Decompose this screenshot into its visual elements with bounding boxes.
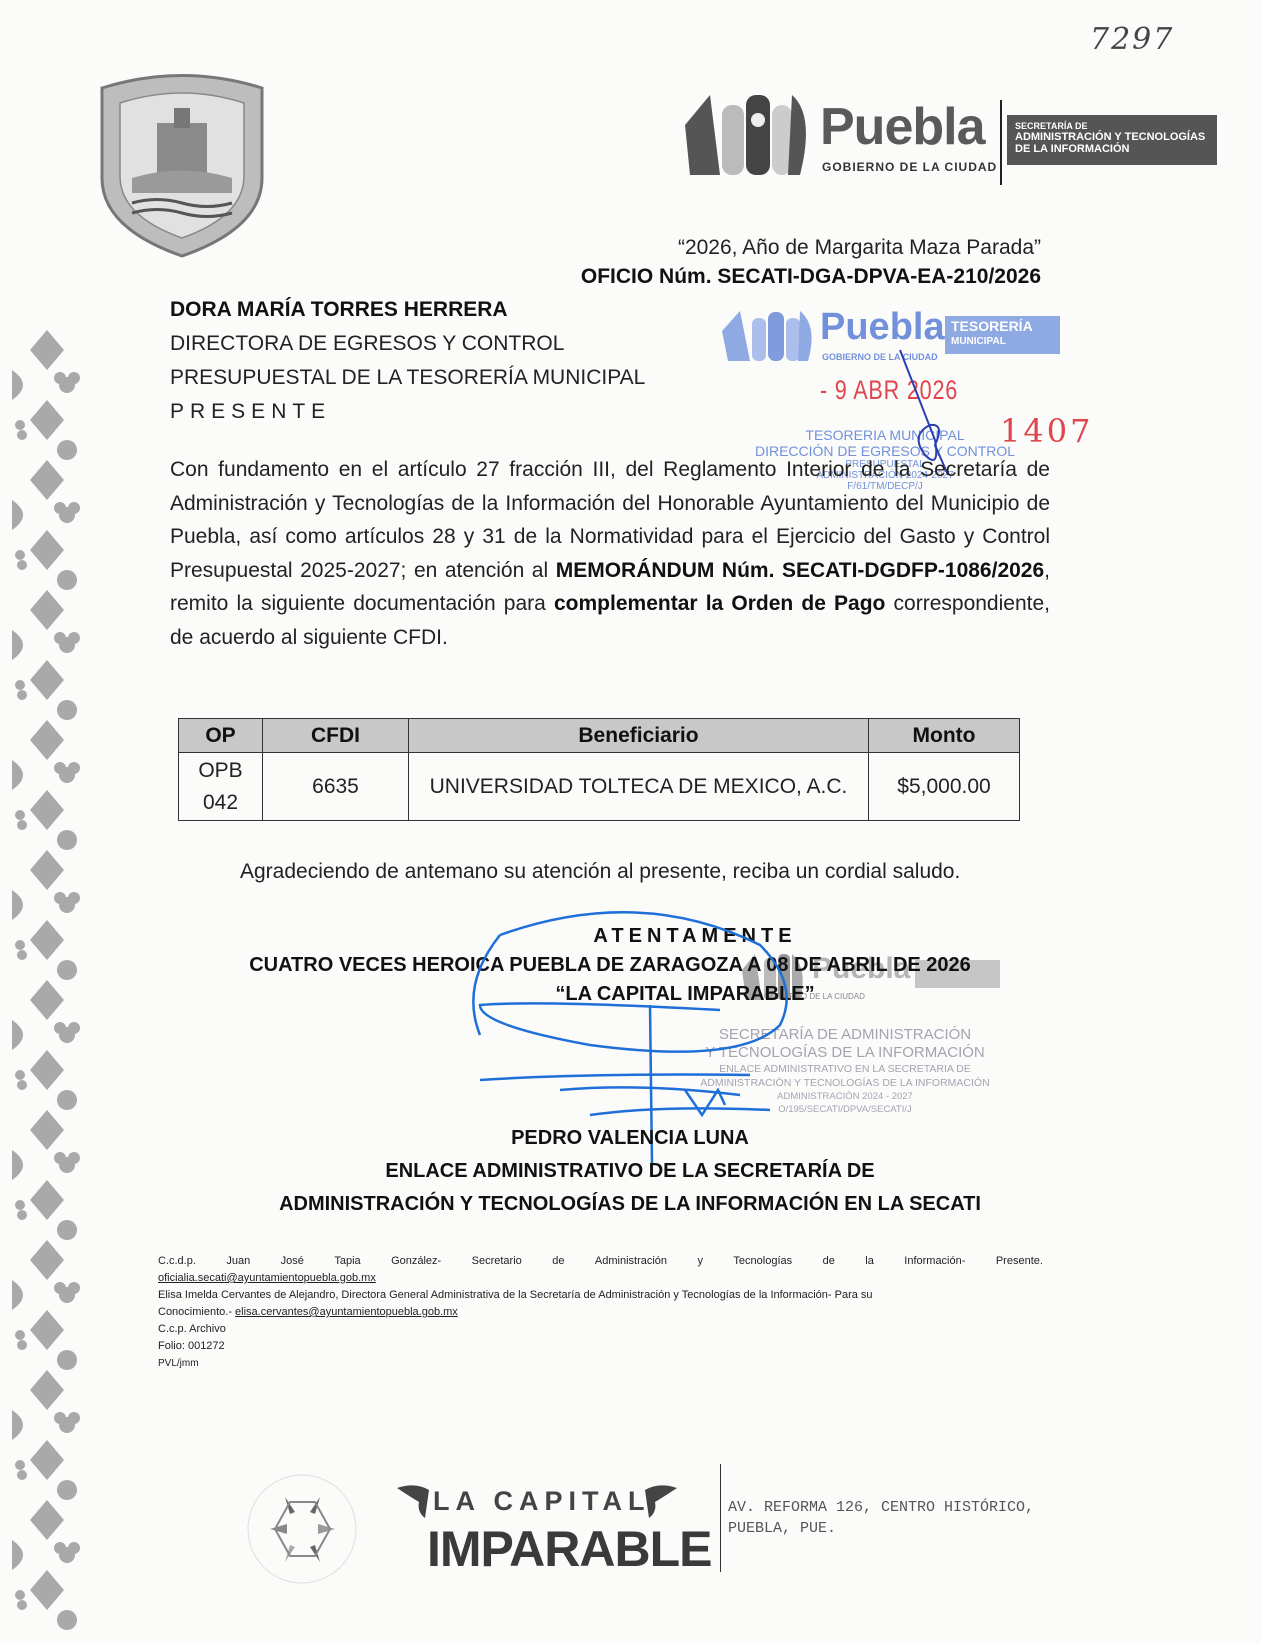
table-header-row: OP CFDI Beneficiario Monto bbox=[179, 719, 1020, 753]
cc-initials: PVL/jmm bbox=[158, 1355, 1043, 1372]
logo-divider bbox=[1000, 100, 1002, 185]
stamp-tesoreria-box: TESORERÍA MUNICIPAL bbox=[945, 316, 1060, 354]
body-emphasis: complementar la Orden de Pago bbox=[554, 592, 885, 615]
cc-line-1-word: Administración bbox=[595, 1253, 667, 1270]
stamp-line-1: TESORERIA MUNICIPAL bbox=[740, 427, 1030, 443]
sec-stamp-line-3: ENLACE ADMINISTRATIVO EN LA SECRETARIA D… bbox=[685, 1062, 1005, 1076]
body-paragraph: Con fundamento en el artículo 27 fracció… bbox=[170, 453, 1050, 654]
department-line-2: ADMINISTRACIÓN Y TECNOLOGÍAS bbox=[1015, 131, 1209, 143]
cc-line-1-word: Tecnologías bbox=[733, 1253, 792, 1270]
cc-line-1-word: de bbox=[552, 1253, 564, 1270]
decorative-border-pattern bbox=[12, 330, 82, 1640]
logo-wordmark: Puebla bbox=[820, 97, 985, 157]
cc-line-1-word: Presente. bbox=[996, 1253, 1043, 1270]
city-coat-of-arms-icon bbox=[92, 68, 272, 258]
equality-certification-seal-icon bbox=[245, 1472, 360, 1587]
year-motto: “2026, Año de Margarita Maza Parada” bbox=[678, 236, 1041, 260]
reception-folio-number: 1407 bbox=[1000, 412, 1093, 450]
right-wing-icon bbox=[643, 1482, 679, 1520]
la-capital-imparable-logo: LA CAPITAL IMPARABLE bbox=[395, 1480, 695, 1580]
signer-title-1: ENLACE ADMINISTRATIVO DE LA SECRETARÍA D… bbox=[150, 1155, 1110, 1188]
oficio-number: OFICIO Núm. SECATI-DGA-DPVA-EA-210/2026 bbox=[581, 265, 1041, 289]
recipient-name: DORA MARÍA TORRES HERRERA bbox=[170, 293, 645, 327]
secretaria-stamp-text: SECRETARÍA DE ADMINISTRACIÓN Y TECNOLOGÍ… bbox=[685, 1026, 1005, 1116]
office-address: AV. REFORMA 126, CENTRO HISTÓRICO, PUEBL… bbox=[728, 1497, 1034, 1539]
sec-stamp-line-6: O/195/SECATI/DPVA/SECATI/J bbox=[685, 1103, 1005, 1116]
recipient-title-2: PRESUPUESTAL DE LA TESORERÍA MUNICIPAL bbox=[170, 361, 645, 395]
footer-divider bbox=[720, 1464, 721, 1572]
cc-line-1-word: y bbox=[697, 1253, 703, 1270]
address-line-1: AV. REFORMA 126, CENTRO HISTÓRICO, bbox=[728, 1497, 1034, 1518]
presente-label: PRESENTE bbox=[170, 395, 645, 429]
cell-beneficiario: UNIVERSIDAD TOLTECA DE MEXICO, A.C. bbox=[409, 753, 869, 821]
cc-email-link-2[interactable]: elisa.cervantes@ayuntamientopuebla.gob.m… bbox=[235, 1306, 458, 1318]
column-header-beneficiario: Beneficiario bbox=[409, 719, 869, 753]
logo-subtitle: GOBIERNO DE LA CIUDAD bbox=[822, 160, 997, 174]
sec-stamp-line-4: ADMINISTRACIÓN Y TECNOLOGÍAS DE LA INFOR… bbox=[685, 1076, 1005, 1090]
city-date-line: CUATRO VECES HEROICA PUEBLA DE ZARAGOZA … bbox=[110, 954, 1110, 977]
op-line-1: OPB bbox=[179, 755, 262, 787]
left-wing-icon bbox=[395, 1482, 431, 1520]
payment-order-table: OP CFDI Beneficiario Monto OPB 042 6635 … bbox=[178, 718, 1020, 821]
column-header-monto: Monto bbox=[869, 719, 1020, 753]
stamp-logo-icon bbox=[720, 306, 820, 361]
brand-line-2: IMPARABLE bbox=[427, 1520, 712, 1578]
capital-motto: “LA CAPITAL IMPARABLE” bbox=[260, 983, 1110, 1006]
signer-name: PEDRO VALENCIA LUNA bbox=[150, 1122, 1110, 1155]
brand-line-1: LA CAPITAL bbox=[433, 1486, 650, 1517]
sec-stamp-line-5: ADMINISTRACIÓN 2024 - 2027 bbox=[685, 1090, 1005, 1103]
cc-archivo: C.c.p. Archivo bbox=[158, 1321, 1043, 1338]
cc-line-1-word: Juan bbox=[226, 1253, 250, 1270]
column-header-cfdi: CFDI bbox=[263, 719, 409, 753]
signature-block: ATENTAMENTE CUATRO VECES HEROICA PUEBLA … bbox=[150, 925, 1110, 1006]
cc-email-link-1[interactable]: oficialia.secati@ayuntamientopuebla.gob.… bbox=[158, 1272, 376, 1284]
sec-stamp-line-1: SECRETARÍA DE ADMINISTRACIÓN bbox=[685, 1026, 1005, 1044]
sec-stamp-line-2: Y TECNOLOGÍAS DE LA INFORMACIÓN bbox=[685, 1044, 1005, 1062]
city-skyline-logo-icon bbox=[680, 85, 820, 175]
cc-line-1-word: Información- bbox=[904, 1253, 965, 1270]
signer-block: PEDRO VALENCIA LUNA ENLACE ADMINISTRATIV… bbox=[150, 1122, 1110, 1221]
department-badge: SECRETARÍA DE ADMINISTRACIÓN Y TECNOLOGÍ… bbox=[1007, 115, 1217, 165]
cell-op: OPB 042 bbox=[179, 753, 263, 821]
puebla-secati-logo: Puebla GOBIERNO DE LA CIUDAD SECRETARÍA … bbox=[680, 85, 1220, 185]
department-line-1: SECRETARÍA DE bbox=[1015, 121, 1209, 131]
cc-line-1-word: González- bbox=[391, 1253, 441, 1270]
cc-line-1-word: Secretario bbox=[472, 1253, 522, 1270]
stamp-box-line-2: MUNICIPAL bbox=[951, 334, 1054, 349]
table-row: OPB 042 6635 UNIVERSIDAD TOLTECA DE MEXI… bbox=[179, 753, 1020, 821]
address-line-2: PUEBLA, PUE. bbox=[728, 1518, 1034, 1539]
cc-line-1: C.c.d.p. JuanJoséTapiaGonzález-Secretari… bbox=[158, 1253, 1043, 1270]
department-line-3: DE LA INFORMACIÓN bbox=[1015, 143, 1209, 155]
cc-line-3: Elisa Imelda Cervantes de Alejandro, Dir… bbox=[158, 1287, 1043, 1304]
atentamente-label: ATENTAMENTE bbox=[280, 925, 1110, 948]
signer-title-2: ADMINISTRACIÓN Y TECNOLOGÍAS DE LA INFOR… bbox=[150, 1188, 1110, 1221]
cc-line-1-word: de bbox=[823, 1253, 835, 1270]
cc-line-1-word: Tapia bbox=[334, 1253, 360, 1270]
closing-paragraph: Agradeciendo de antemano su atención al … bbox=[170, 856, 1050, 888]
stamp-box-line-1: TESORERÍA bbox=[951, 319, 1054, 334]
carbon-copy-block: C.c.d.p. JuanJoséTapiaGonzález-Secretari… bbox=[158, 1253, 1043, 1372]
recipient-title-1: DIRECTORA DE EGRESOS Y CONTROL bbox=[170, 327, 645, 361]
cell-cfdi: 6635 bbox=[263, 753, 409, 821]
cc-line-4-prefix: Conocimiento.- bbox=[158, 1306, 235, 1318]
memorandum-reference: MEMORÁNDUM Núm. SECATI-DGDFP-1086/2026 bbox=[556, 559, 1044, 582]
stamp-wordmark: Puebla bbox=[820, 306, 945, 349]
handwritten-number: 7297 bbox=[1090, 22, 1174, 57]
cc-line-1-word: la bbox=[865, 1253, 874, 1270]
cc-line-1-word: José bbox=[281, 1253, 304, 1270]
page-footer: LA CAPITAL IMPARABLE AV. REFORMA 126, CE… bbox=[240, 1460, 1140, 1620]
column-header-op: OP bbox=[179, 719, 263, 753]
op-line-2: 042 bbox=[179, 787, 262, 819]
cc-label: C.c.d.p. bbox=[158, 1253, 196, 1270]
cell-monto: $5,000.00 bbox=[869, 753, 1020, 821]
recipient-block: DORA MARÍA TORRES HERRERA DIRECTORA DE E… bbox=[170, 293, 645, 429]
cc-folio: Folio: 001272 bbox=[158, 1338, 1043, 1355]
cc-line-4: Conocimiento.- elisa.cervantes@ayuntamie… bbox=[158, 1304, 1043, 1321]
